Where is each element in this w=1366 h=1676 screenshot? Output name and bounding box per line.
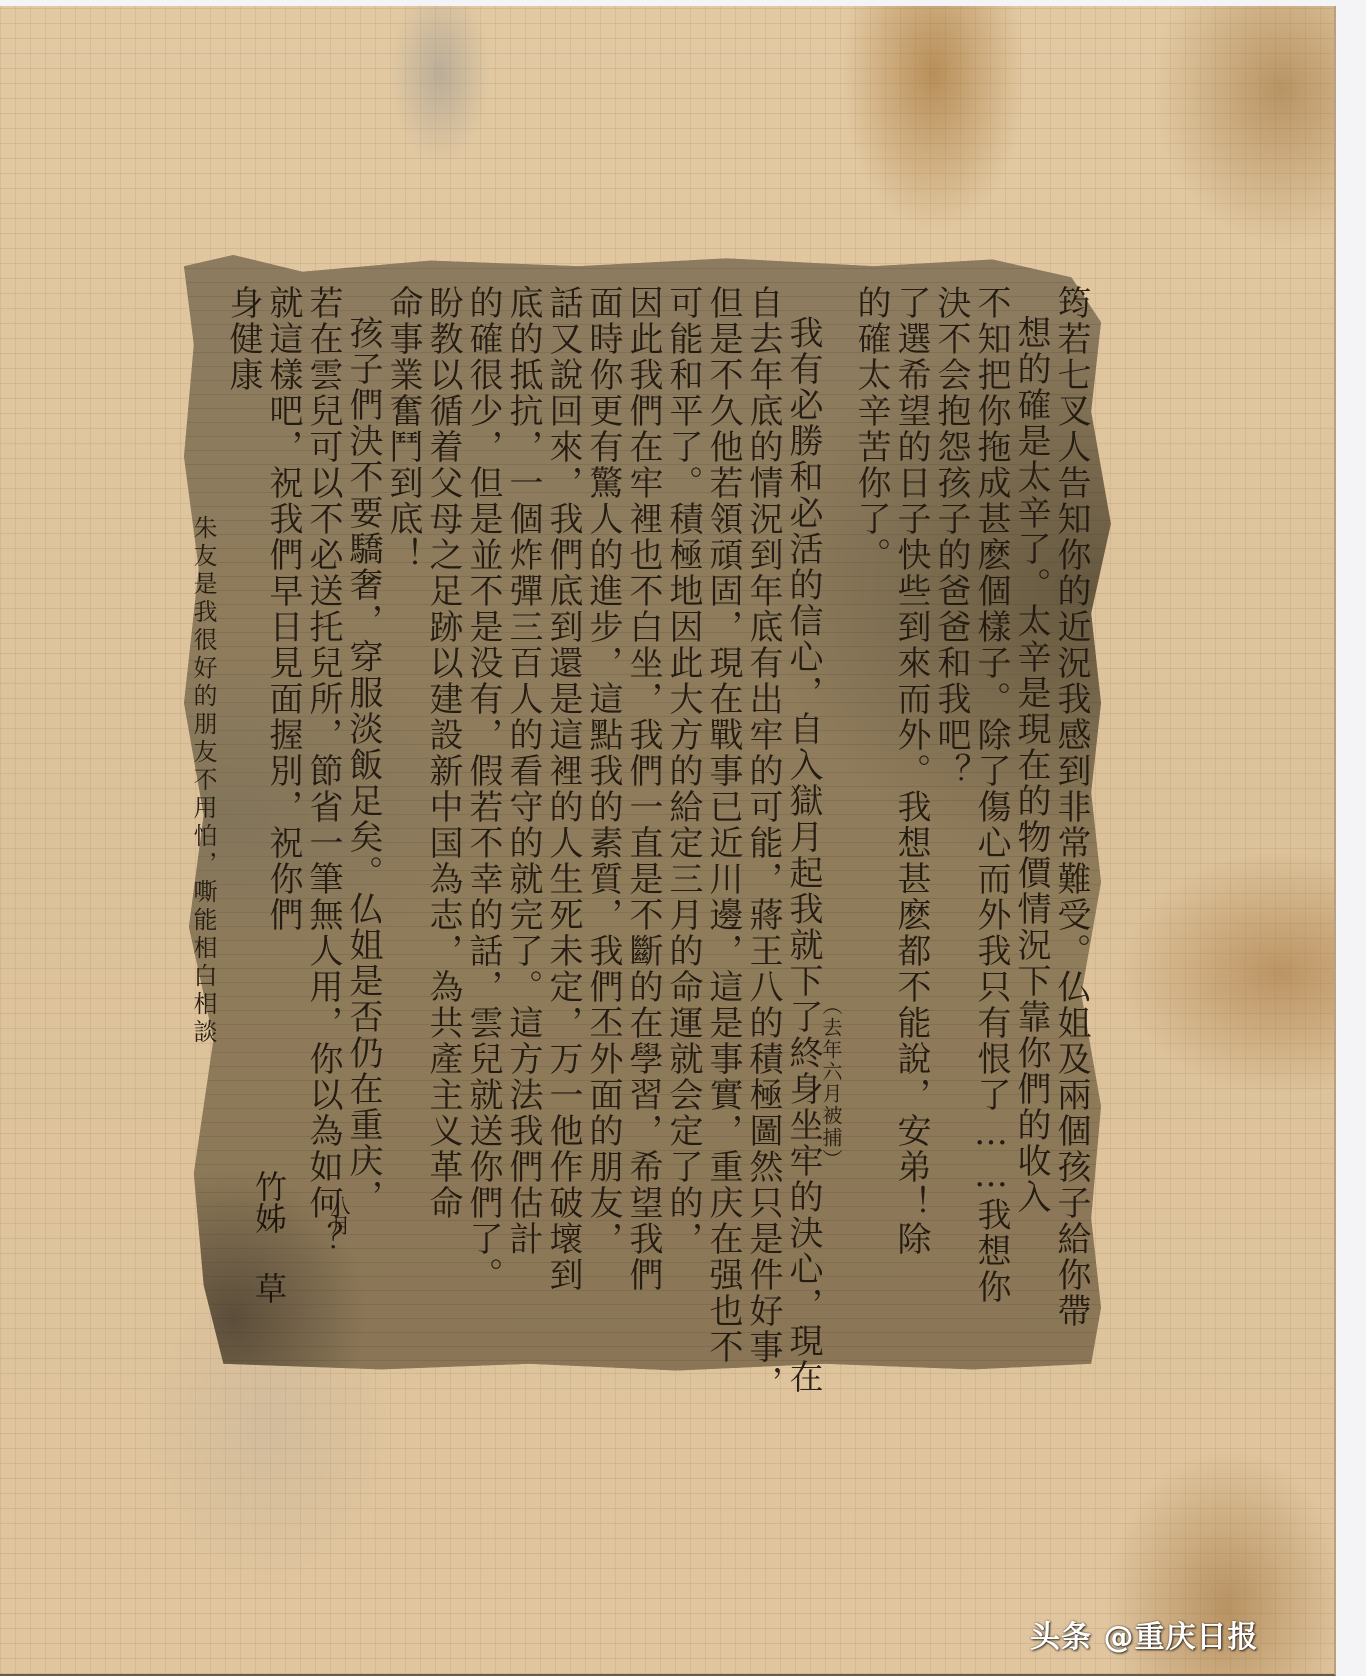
letter-column-6: 的確太辛苦你了。 — [852, 285, 890, 1305]
letter-text-columns: 筠若七叉人告知你的近況我感到非常難受。仏姐及兩個孩子給你帶 想的確是太辛了。太辛… — [190, 285, 1090, 1305]
letter-column-13: 話又說回來，我們底到還是這裡的人生死未定，万一他作破壞到 — [544, 285, 582, 1305]
letter-column-18: 孩子們決不要驕奢，穿服淡飯足矣。仏姐是否仍在重庆， — [344, 285, 382, 1305]
letter-column-16: 盼教以循着父母之足跡以建設新中国為志，為共產主义革命 — [424, 285, 462, 1305]
letter-column-3: 不知把你拖成甚麽個樣子。除了傷心而外我只有恨了……我想你 — [972, 285, 1010, 1305]
margin-note: （去年六月被捕） — [824, 285, 850, 1305]
letter-column-15: 的確很少，但是並不是没有，假若不幸的話，雲兒就送你們了。 — [464, 285, 502, 1305]
letter-postscript: 朱友是我很好的朋友不用怕，嘶能相白相談 — [184, 285, 222, 1305]
letter-column-5: 了選希望的日子快些到來而外。我想甚麽都不能說，安弟！除 — [892, 285, 930, 1305]
letter-column-20: 就這樣吧，祝我們早日見面握別，祝你們 — [264, 285, 302, 1305]
letter-column-9: 但是不久他若領頑固，現在戰事已近川邊，這是事實，重庆在强也不 — [704, 285, 742, 1305]
letter-column-17: 命事業奮鬥到底！ — [384, 285, 422, 1305]
letter-column-7: 我有必勝和必活的信心，自入獄月起我就下了終身坐牢的決心，現在 — [784, 285, 822, 1305]
letter-column-19: 若在雲兒可以不必送托兒所，節省一筆無人用，你以為如何？ — [304, 285, 342, 1305]
letter-column-2: 想的確是太辛了。太辛是現在的物價情況下靠你們的收入 — [1012, 285, 1050, 1305]
letter-column-12: 面時你更有驚人的進步，這點我的素質，我們丕外面的朋友， — [584, 285, 622, 1305]
letter-column-11: 因此我們在牢裡也不白坐，我們一直是不斷的在學習，希望我們 — [624, 285, 662, 1305]
letter-date: 八月 — [325, 1195, 354, 1235]
letter-column-21: 身健康 — [224, 285, 262, 1305]
letter-column-8: 自去年底的情況到年底有出牢的可能，蔣王八的積極圖然只是件好事， — [744, 285, 782, 1305]
letter-signature: 竹姊 草 — [252, 1170, 286, 1304]
letter-column-10: 可能和平了。積極地因此大方的給定三月的命運就会定了的， — [664, 285, 702, 1305]
letter-column-1: 筠若七叉人告知你的近況我感到非常難受。仏姐及兩個孩子給你帶 — [1052, 285, 1090, 1305]
source-watermark: 头条 @重庆日报 — [1030, 1612, 1258, 1656]
letter-column-4: 決不会抱怨孩子的爸爸和我吧？ — [932, 285, 970, 1305]
letter-column-14: 底的抵抗，一個炸彈三百人的看守的就完了。這方法我們估計 — [504, 285, 542, 1305]
